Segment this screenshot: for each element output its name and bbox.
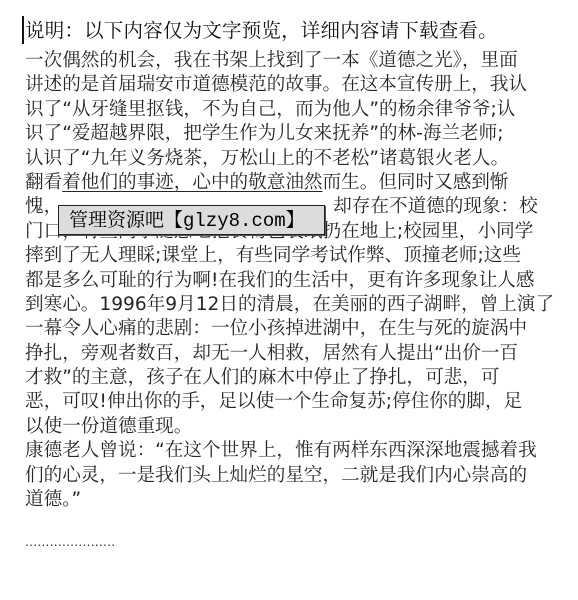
text-line: 才救”的主意，孩子在人们的麻木中停止了挣扎，可悲，可 — [25, 366, 555, 390]
text-cursor — [22, 16, 24, 44]
text-line: 摔到了无人理睬;课堂上，有些同学考试作弊、顶撞老师;这些 — [25, 244, 555, 268]
watermark-banner[interactable]: 管理资源吧【glzy8.com】 — [58, 205, 325, 235]
text-line: 讲述的是首届瑞安市道德模范的故事。在这本宣传册上，我认 — [25, 73, 555, 97]
watermark-url[interactable]: glzy8.com — [183, 210, 286, 232]
text-line: 康德老人曾说：“在这个世界上，惟有两样东西深深地震撼着我 — [25, 439, 555, 463]
continuation-ellipsis: ‥‥‥‥‥‥‥‥‥‥‥ — [25, 535, 115, 549]
text-segment: 却存在不道德的现象：校 — [333, 196, 538, 217]
text-line: 识了“从牙缝里抠钱，不为自己，而为他人”的杨余律爷爷;认 — [25, 98, 555, 122]
watermark-bracket-open: 【 — [164, 209, 183, 231]
text-line: 识了“爱超越界限，把学生作为儿女来抚养”的林-海兰老师; — [25, 122, 555, 146]
watermark-bracket-close: 】 — [286, 209, 305, 231]
text-line: 一幕令人心痛的悲剧：一位小孩掉进湖中，在生与死的旋涡中 — [25, 317, 555, 341]
text-line: 以使一份道德重现。 — [25, 415, 555, 439]
text-segment: 翻看 — [25, 172, 62, 193]
text-line: 都是多么可耻的行为啊!在我们的生活中，更有许多现象让人感 — [25, 269, 555, 293]
underlined-text: 着他们的事迹，心中的敬意油然 — [62, 172, 322, 193]
document-body: 一次偶然的机会，我在书架上找到了一本《道德之光》，里面 讲述的是首届瑞安市道德模… — [25, 49, 555, 512]
text-line: 一次偶然的机会，我在书架上找到了一本《道德之光》，里面 — [25, 49, 555, 73]
text-line: 挣扎，旁观者数百，却无一人相救，居然有人提出“出价一百 — [25, 342, 555, 366]
text-segment: 愧， — [25, 196, 62, 217]
watermark-label: 管理资源吧 — [69, 209, 164, 231]
text-line: 到寒心。1996年9月12日的清晨，在美丽的西子湖畔，曾上演了 — [25, 293, 555, 317]
text-line: 道德。” — [25, 488, 555, 512]
text-line: 翻看着他们的事迹，心中的敬意油然而生。但同时又感到惭 — [25, 171, 555, 195]
text-line: 们的心灵，一是我们头上灿烂的星空，二就是我们内心崇高的 — [25, 464, 555, 488]
text-line: 恶，可叹!伸出你的手，足以使一个生命复苏;停住你的脚，足 — [25, 390, 555, 414]
text-segment: 而生。但同时又感到惭 — [323, 172, 509, 193]
text-line: 认识了“九年义务烧茶，万松山上的不老松”诸葛银火老人。 — [25, 147, 555, 171]
preview-notice: 说明：以下内容仅为文字预览，详细内容请下载查看。 — [25, 17, 498, 45]
